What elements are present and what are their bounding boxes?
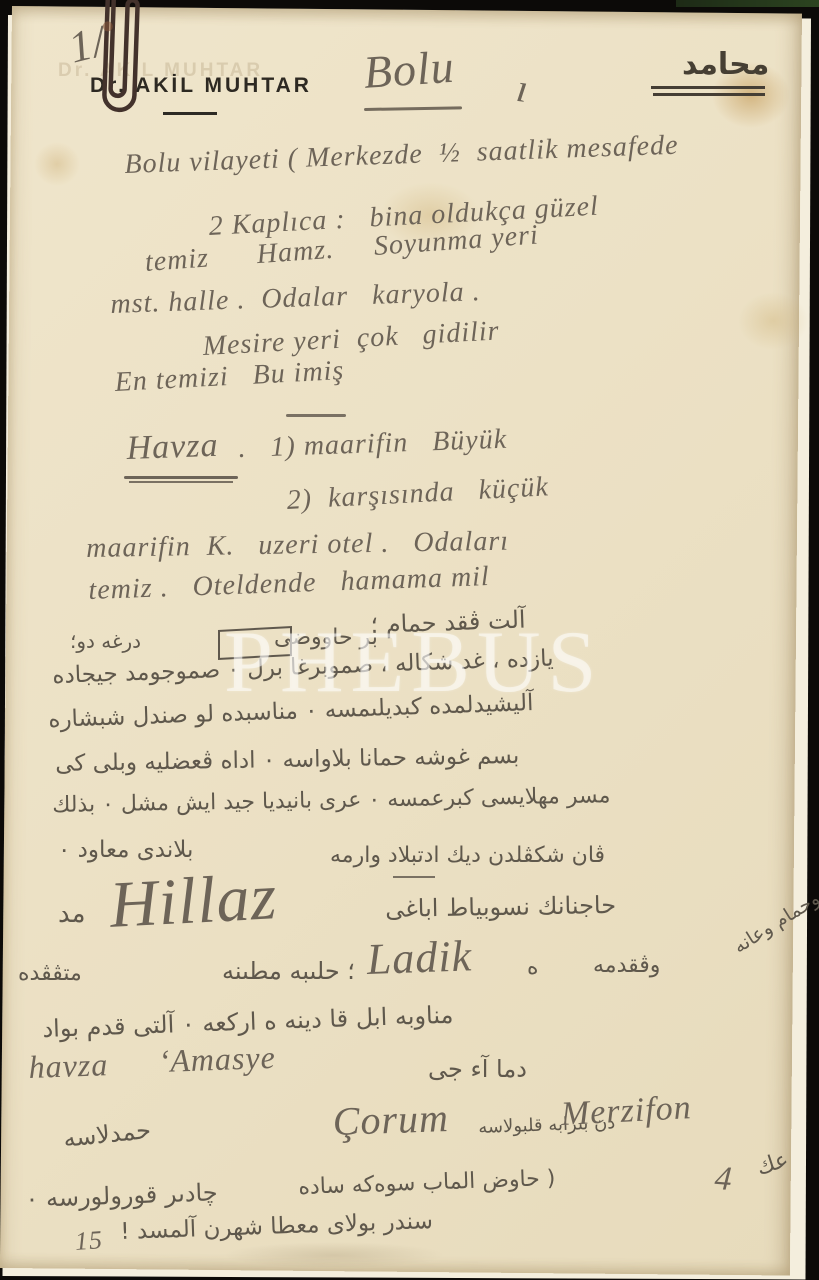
body-line: maarifin K. uzeri otel . Odaları	[86, 527, 509, 565]
place-merzifon: Merzifon	[560, 1089, 693, 1133]
ottoman-line: مناوبه ابل قا دينه ه اركعه ۰ آلتى قدم بو…	[42, 1002, 454, 1043]
section-havza: Havza	[126, 427, 219, 468]
paperclip	[91, 0, 152, 134]
place-ladik: Ladik	[366, 932, 473, 984]
small-underline-mark	[393, 876, 435, 878]
ottoman-word: حمدلاسه	[62, 1117, 152, 1152]
ottoman-line: چادىر قورولورسه ۰	[25, 1179, 218, 1212]
ottoman-word: عك	[754, 1148, 792, 1181]
body-line: . 1) maarifin Büyük	[238, 425, 508, 465]
ottoman-word: متڤڤده	[18, 962, 82, 986]
ottoman-line: ( حاوض الماب سوەكه ساده	[298, 1167, 556, 1200]
number-fifteen: 15	[74, 1226, 104, 1256]
phebus-watermark: PHEBUS	[224, 612, 603, 713]
ottoman-word: وڤقدمه	[593, 954, 660, 978]
ottoman-line: حاجنانك نسوبياط اباغى	[385, 892, 616, 922]
title-bolu: Bolu	[362, 42, 456, 99]
havza-underline	[129, 481, 233, 483]
body-line: En temizi Bu imiş	[114, 356, 345, 399]
imis-underline	[286, 414, 346, 417]
body-line: temiz . Oteldende hamama mil	[88, 562, 490, 607]
ottoman-line: درغه دو؛	[70, 630, 141, 652]
body-line: mst. halle . Odalar karyola .	[110, 277, 481, 321]
ottoman-line: دما آء جى	[428, 1056, 527, 1082]
ottoman-line: بلاندى معاود ۰	[58, 838, 193, 863]
body-line: Mesire yeri çok gidilir	[202, 316, 500, 362]
ottoman-word: ه	[527, 956, 539, 980]
arabic-header-underline	[653, 93, 765, 96]
arabic-header-underline	[651, 86, 765, 89]
letterhead-underline	[163, 112, 217, 115]
havza-underline	[124, 476, 238, 479]
ottoman-line: ؛ حلىبه مطىنه	[222, 958, 355, 984]
ottoman-line: مسر مهلايسى كبرعمسه ۰ عرى بانيديا جيد اي…	[52, 784, 611, 818]
ottoman-line: ڤان شكڤلدن ديك ادتبلاد وارمه	[330, 844, 605, 868]
place-corum: Çorum	[332, 1096, 450, 1144]
scanned-document: Dr. AKİL MUHTAR Dr. AKİL MUHTAR 1/Boluıم…	[0, 0, 819, 1280]
paperclip-wire	[104, 0, 138, 110]
ottoman-word: مد	[58, 900, 86, 929]
place-amasye: ‘Amasye	[158, 1040, 276, 1079]
title-tick: ı	[514, 66, 532, 111]
place-hillaz: Hillaz	[108, 861, 279, 942]
body-line: Bolu vilayeti ( Merkezde ½ saatlik mesaf…	[124, 131, 679, 181]
body-line: 2) karşısında küçük	[286, 472, 550, 516]
number-four: 4	[713, 1160, 734, 1199]
ottoman-line: بسم غوشه حمانا بلاواسه ۰ اداه ڤعضليه وبل…	[55, 744, 520, 777]
ottoman-line: سندر بولاى معطا شهرن آلمسد !	[120, 1209, 433, 1245]
ottoman-word: وحمام وعانه	[730, 888, 819, 957]
header-arabic: محامد	[682, 48, 769, 81]
place-havza: havza	[28, 1047, 109, 1085]
